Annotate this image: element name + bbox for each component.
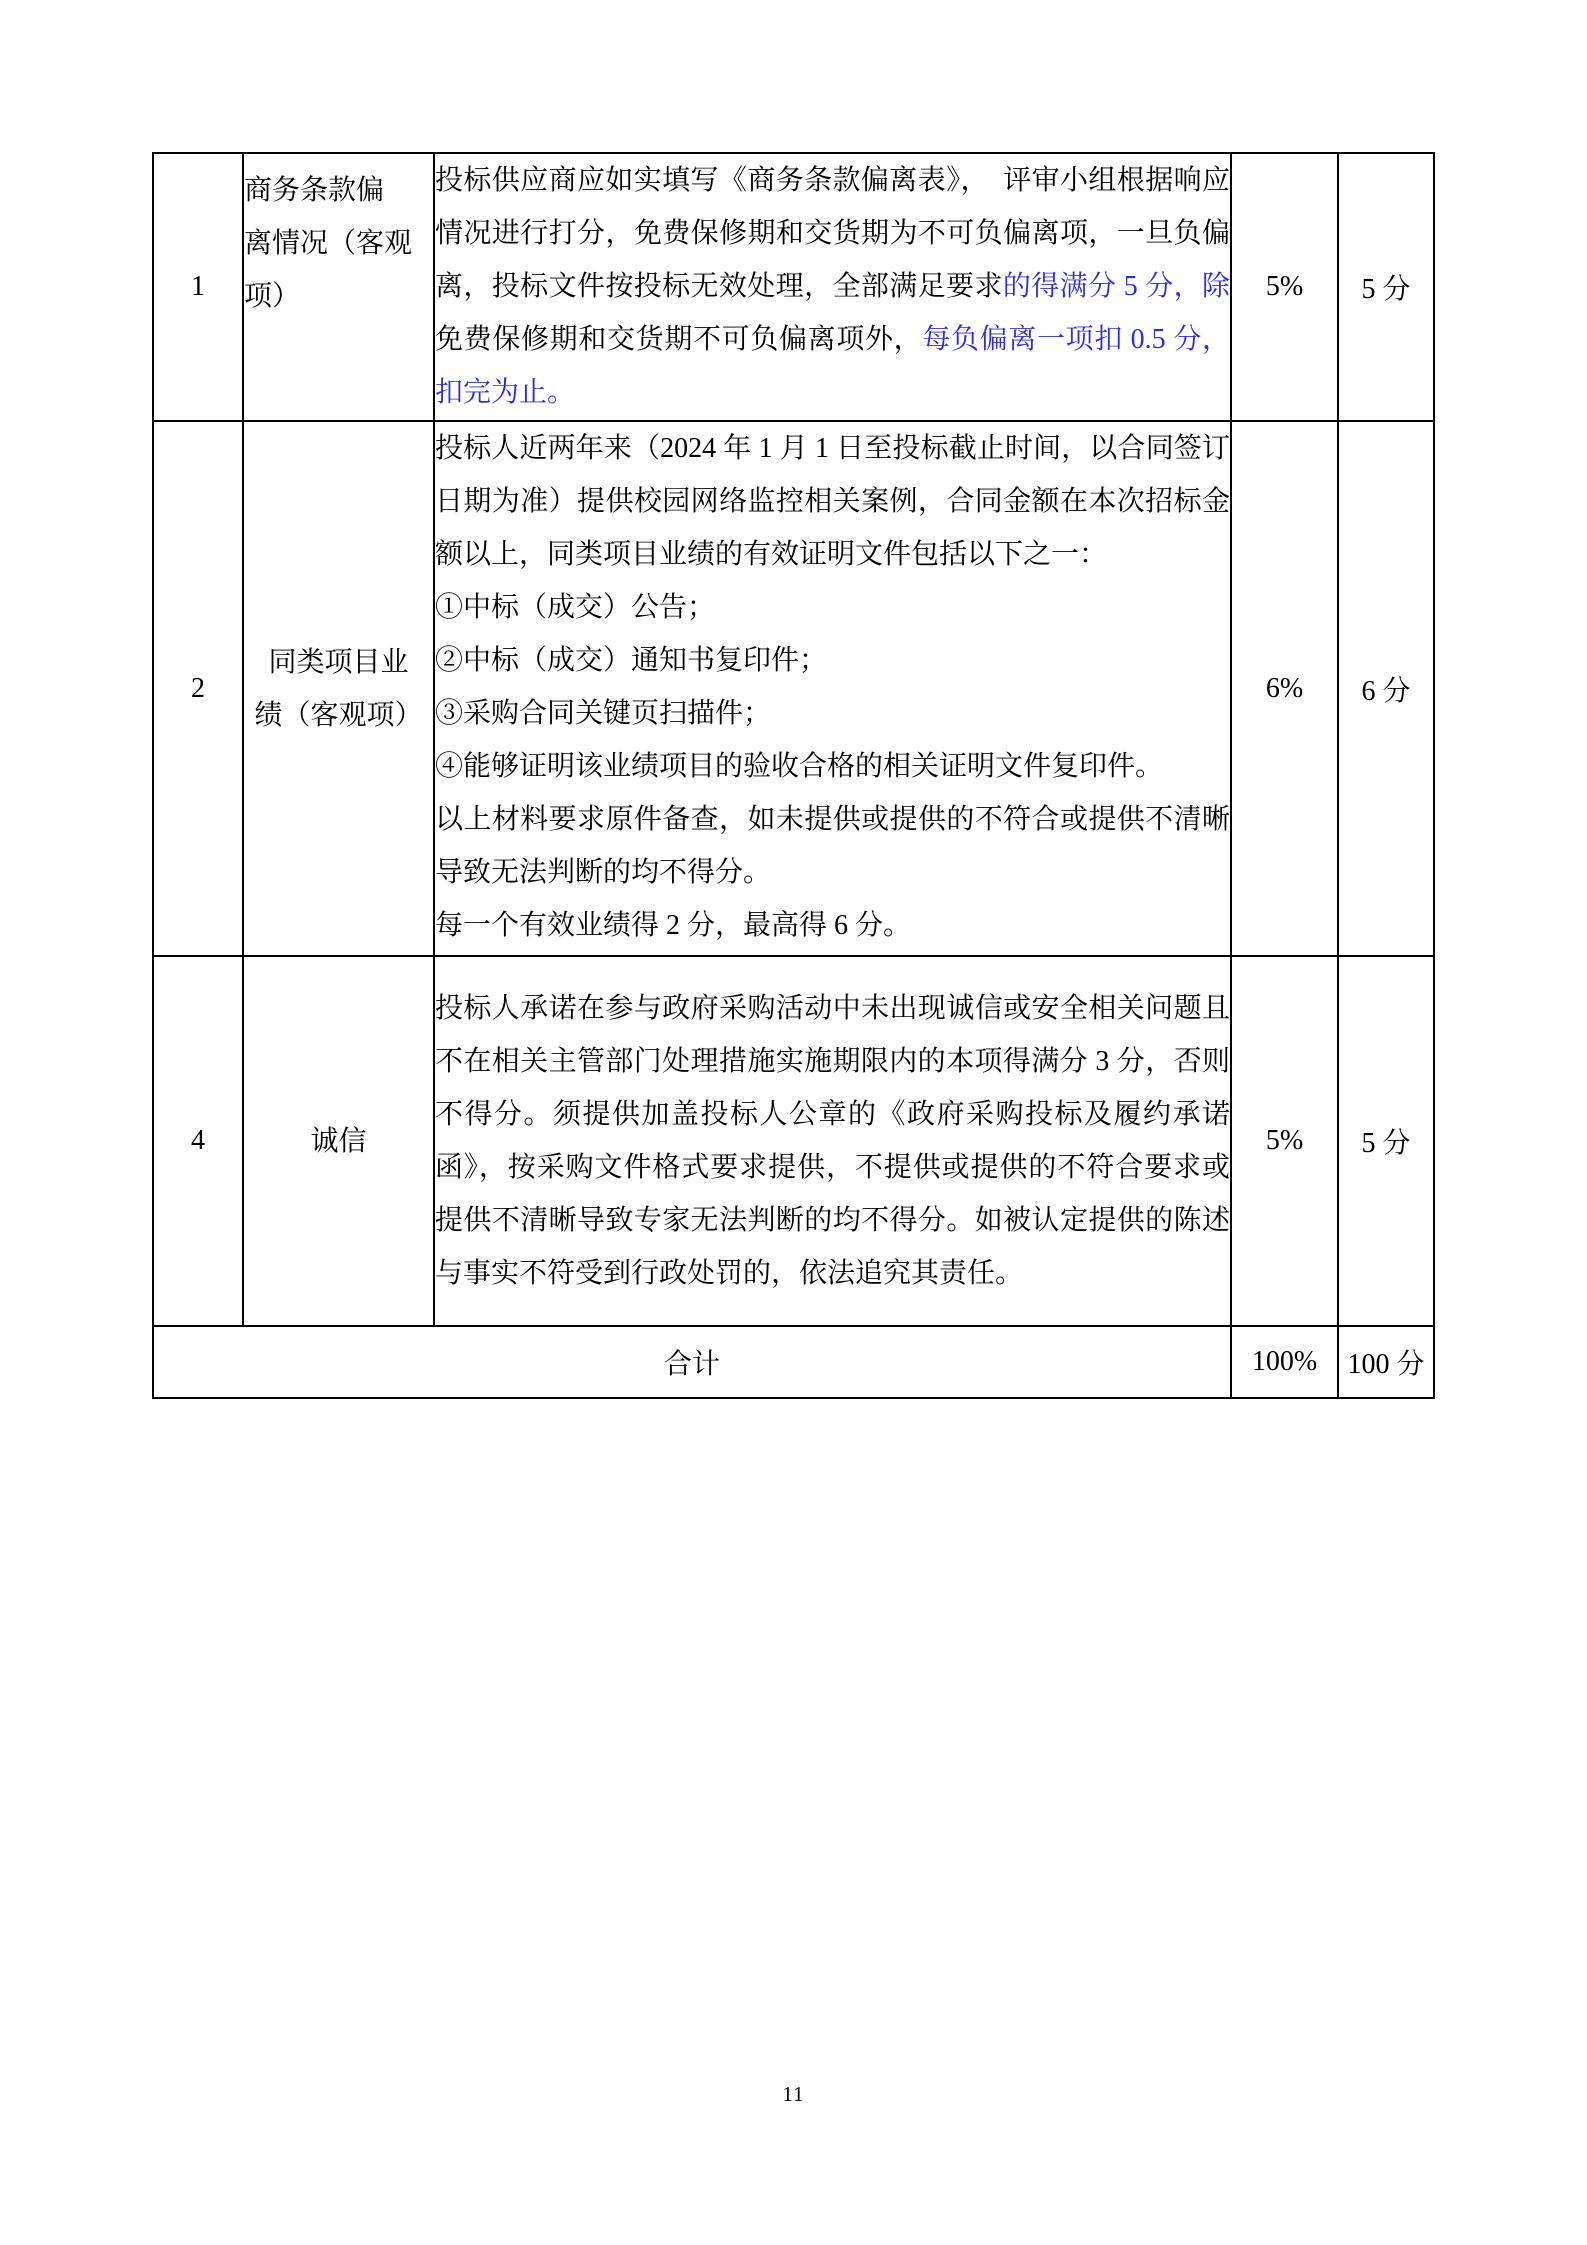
criteria-weight: 6% xyxy=(1231,421,1338,956)
description-paragraph: 投标人近两年来（2024 年 1 月 1 日至投标截止时间，以合同签订日期为准）… xyxy=(435,422,1230,581)
criteria-index: 2 xyxy=(153,421,243,956)
document-page: 1商务条款偏 离情况（客观 项）投标供应商应如实填写《商务条款偏离表》， 评审小… xyxy=(0,0,1587,2245)
description-paragraph: ④能够证明该业绩项目的验收合格的相关证明文件复印件。 xyxy=(435,740,1230,793)
description-segment: 投标人近两年来（2024 年 1 月 1 日至投标截止时间，以合同签订日期为准）… xyxy=(435,433,1230,570)
criteria-score: 6 分 xyxy=(1338,421,1434,956)
criteria-score: 5 分 xyxy=(1338,956,1434,1326)
criteria-name: 诚信 xyxy=(243,956,434,1326)
description-segment: 投标人承诺在参与政府采购活动中未出现诚信或安全相关问题且不在相关主管部门处理措施… xyxy=(435,993,1230,1289)
description-segment: ①中标（成交）公告； xyxy=(435,592,715,623)
description-paragraph: ③采购合同关键页扫描件； xyxy=(435,687,1230,740)
criteria-weight: 5% xyxy=(1231,956,1338,1326)
description-paragraph: ①中标（成交）公告； xyxy=(435,581,1230,634)
description-segment-blue: 的得满分 5 分，除 xyxy=(1003,271,1230,302)
criteria-row: 4诚信投标人承诺在参与政府采购活动中未出现诚信或安全相关问题且不在相关主管部门处… xyxy=(153,956,1434,1326)
description-paragraph: 每一个有效业绩得 2 分，最高得 6 分。 xyxy=(435,899,1230,952)
criteria-row: 1商务条款偏 离情况（客观 项）投标供应商应如实填写《商务条款偏离表》， 评审小… xyxy=(153,153,1434,421)
description-paragraph: 投标供应商应如实填写《商务条款偏离表》， 评审小组根据响应情况进行打分，免费保修… xyxy=(435,154,1230,419)
description-segment: ②中标（成交）通知书复印件； xyxy=(435,645,827,676)
description-paragraph: 投标人承诺在参与政府采购活动中未出现诚信或安全相关问题且不在相关主管部门处理措施… xyxy=(435,982,1230,1300)
criteria-index: 4 xyxy=(153,956,243,1326)
criteria-index: 1 xyxy=(153,153,243,421)
criteria-description: 投标供应商应如实填写《商务条款偏离表》， 评审小组根据响应情况进行打分，免费保修… xyxy=(434,153,1231,421)
criteria-description: 投标人承诺在参与政府采购活动中未出现诚信或安全相关问题且不在相关主管部门处理措施… xyxy=(434,956,1231,1326)
description-segment: ④能够证明该业绩项目的验收合格的相关证明文件复印件。 xyxy=(435,751,1163,782)
description-paragraph: 以上材料要求原件备查，如未提供或提供的不符合或提供不清晰导致无法判断的均不得分。 xyxy=(435,793,1230,899)
total-label: 合计 xyxy=(153,1326,1231,1398)
description-segment: 每一个有效业绩得 2 分，最高得 6 分。 xyxy=(435,910,911,941)
evaluation-criteria-table: 1商务条款偏 离情况（客观 项）投标供应商应如实填写《商务条款偏离表》， 评审小… xyxy=(152,152,1435,1399)
criteria-row: 2同类项目业 绩（客观项）投标人近两年来（2024 年 1 月 1 日至投标截止… xyxy=(153,421,1434,956)
criteria-table-body: 1商务条款偏 离情况（客观 项）投标供应商应如实填写《商务条款偏离表》， 评审小… xyxy=(153,153,1434,1398)
criteria-score: 5 分 xyxy=(1338,153,1434,421)
total-score: 100 分 xyxy=(1338,1326,1434,1398)
criteria-name: 同类项目业 绩（客观项） xyxy=(243,421,434,956)
criteria-name: 商务条款偏 离情况（客观 项） xyxy=(243,153,434,421)
criteria-description: 投标人近两年来（2024 年 1 月 1 日至投标截止时间，以合同签订日期为准）… xyxy=(434,421,1231,956)
total-weight: 100% xyxy=(1231,1326,1338,1398)
description-segment: ③采购合同关键页扫描件； xyxy=(435,698,771,729)
description-paragraph: ②中标（成交）通知书复印件； xyxy=(435,634,1230,687)
description-segment: 免费保修期和交货期不可负偏离项外， xyxy=(435,324,922,355)
description-segment: 以上材料要求原件备查，如未提供或提供的不符合或提供不清晰导致无法判断的均不得分。 xyxy=(435,804,1230,888)
total-row: 合计100%100 分 xyxy=(153,1326,1434,1398)
criteria-weight: 5% xyxy=(1231,153,1338,421)
page-number: 11 xyxy=(0,2082,1587,2107)
